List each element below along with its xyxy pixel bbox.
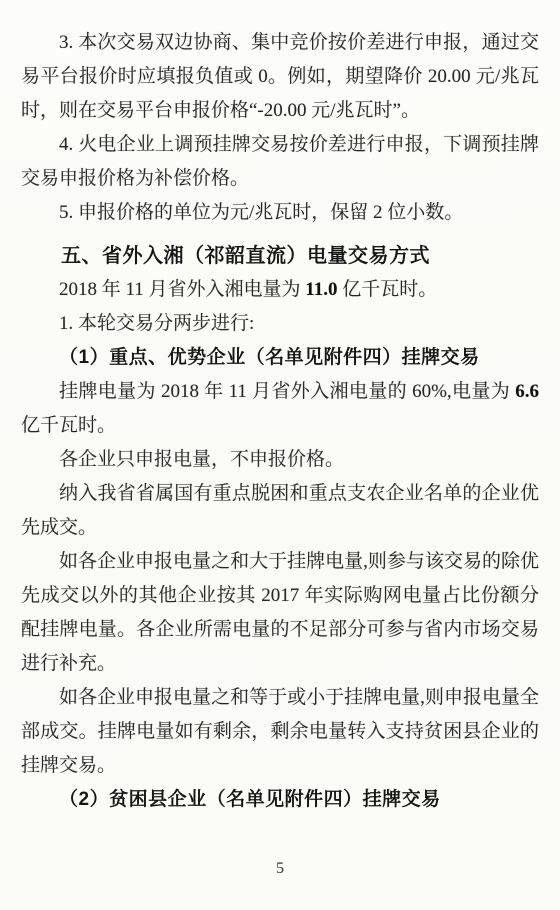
paragraph-item-3: 3. 本次交易双边协商、集中竞价按价差进行申报，通过交易平台报价时应填报负值或 … bbox=[21, 26, 539, 128]
paragraph-text: 挂牌电量为 2018 年 11 月省外入湘电量的 60%,电量为 bbox=[59, 381, 515, 402]
paragraph-text: 如各企业申报电量之和大于挂牌电量,则参与该交易的除优先成交以外的其他企业按其 2… bbox=[21, 551, 539, 674]
subsection-heading-2: （2）贫困县企业（名单见附件四）挂牌交易 bbox=[21, 783, 539, 817]
section-heading-5: 五、省外入湘（祁韶直流）电量交易方式 bbox=[21, 239, 539, 273]
paragraph-monthly-volume: 2018 年 11 月省外入湘电量为 11.0 亿千瓦时。 bbox=[21, 273, 539, 307]
paragraph-text: 纳入我省省属国有重点脱困和重点支农企业名单的企业优先成交。 bbox=[21, 483, 539, 538]
page-number: 5 bbox=[0, 860, 560, 878]
subsection-heading-text: （2）贫困县企业（名单见附件四）挂牌交易 bbox=[59, 789, 441, 810]
paragraph-text: 亿千瓦时。 bbox=[21, 415, 116, 436]
paragraph-text: 亿千瓦时。 bbox=[338, 279, 438, 300]
paragraph-priority-rule: 纳入我省省属国有重点脱困和重点支农企业名单的企业优先成交。 bbox=[21, 477, 539, 545]
paragraph-text: 5. 申报价格的单位为元/兆瓦时，保留 2 位小数。 bbox=[59, 202, 463, 223]
paragraph-item-4: 4. 火电企业上调预挂牌交易按价差进行申报，下调预挂牌交易申报价格为补偿价格。 bbox=[21, 128, 539, 196]
paragraph-declare-rule: 各企业只申报电量，不申报价格。 bbox=[21, 443, 539, 477]
paragraph-step-intro: 1. 本轮交易分两步进行: bbox=[21, 307, 539, 341]
document-page: 3. 本次交易双边协商、集中竞价按价差进行申报，通过交易平台报价时应填报负值或 … bbox=[0, 0, 560, 910]
section-heading-text: 五、省外入湘（祁韶直流）电量交易方式 bbox=[61, 245, 430, 267]
paragraph-text: 各企业只申报电量，不申报价格。 bbox=[59, 449, 344, 470]
volume-value: 11.0 bbox=[305, 279, 337, 300]
subsection-heading-text: （1）重点、优势企业（名单见附件四）挂牌交易 bbox=[59, 347, 480, 368]
paragraph-text: 3. 本次交易双边协商、集中竞价按价差进行申报，通过交易平台报价时应填报负值或 … bbox=[21, 32, 539, 121]
paragraph-text: 4. 火电企业上调预挂牌交易按价差进行申报，下调预挂牌交易申报价格为补偿价格。 bbox=[21, 134, 539, 189]
subsection-heading-1: （1）重点、优势企业（名单见附件四）挂牌交易 bbox=[21, 341, 539, 375]
paragraph-text: 1. 本轮交易分两步进行: bbox=[59, 313, 254, 334]
paragraph-under-subscription-rule: 如各企业申报电量之和等于或小于挂牌电量,则申报电量全部成交。挂牌电量如有剩余，剩… bbox=[21, 681, 539, 783]
paragraph-item-5: 5. 申报价格的单位为元/兆瓦时，保留 2 位小数。 bbox=[21, 196, 539, 230]
paragraph-over-subscription-rule: 如各企业申报电量之和大于挂牌电量,则参与该交易的除优先成交以外的其他企业按其 2… bbox=[21, 545, 539, 681]
volume-value: 6.6 bbox=[515, 381, 539, 402]
paragraph-text: 2018 年 11 月省外入湘电量为 bbox=[59, 279, 305, 300]
paragraph-listed-volume: 挂牌电量为 2018 年 11 月省外入湘电量的 60%,电量为 6.6 亿千瓦… bbox=[21, 375, 539, 443]
paragraph-text: 如各企业申报电量之和等于或小于挂牌电量,则申报电量全部成交。挂牌电量如有剩余，剩… bbox=[21, 687, 539, 776]
